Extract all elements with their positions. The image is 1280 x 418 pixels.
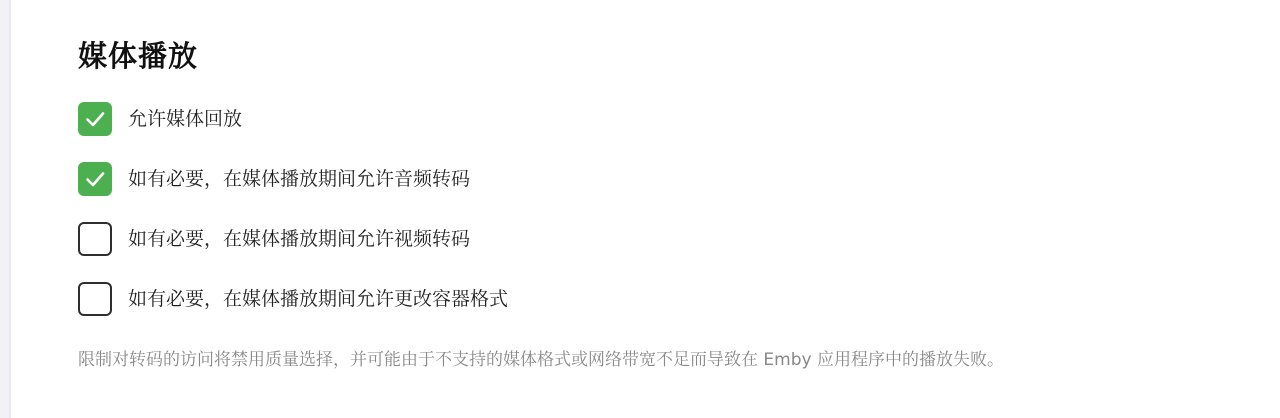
checkbox-label: 允许媒体回放 xyxy=(128,107,242,131)
checkbox-checked[interactable] xyxy=(78,162,112,196)
checkbox-label: 如有必要，在媒体播放期间允许视频转码 xyxy=(128,227,470,251)
section-title: 媒体播放 xyxy=(78,36,1238,76)
checkmark-icon xyxy=(83,167,107,191)
checkbox-unchecked[interactable] xyxy=(78,282,112,316)
checkbox-allow-video-transcoding[interactable]: 如有必要，在媒体播放期间允许视频转码 xyxy=(78,209,1238,269)
media-playback-section: 媒体播放 允许媒体回放 如有必要，在媒体播放期间允许音频转码 xyxy=(78,36,1238,375)
checkmark-icon xyxy=(83,107,107,131)
settings-page: 媒体播放 允许媒体回放 如有必要，在媒体播放期间允许音频转码 xyxy=(0,0,1280,418)
sidebar-edge xyxy=(0,0,11,418)
checkbox-label: 如有必要，在媒体播放期间允许音频转码 xyxy=(128,167,470,191)
checkbox-list: 允许媒体回放 如有必要，在媒体播放期间允许音频转码 如有必要，在媒体播放期间允许… xyxy=(78,89,1238,329)
help-text: 限制对转码的访问将禁用质量选择，并可能由于不支持的媒体格式或网络带宽不足而导致在… xyxy=(78,345,1228,375)
checkbox-unchecked[interactable] xyxy=(78,222,112,256)
checkbox-allow-audio-transcoding[interactable]: 如有必要，在媒体播放期间允许音频转码 xyxy=(78,149,1238,209)
checkbox-allow-media-playback[interactable]: 允许媒体回放 xyxy=(78,89,1238,149)
checkbox-allow-container-change[interactable]: 如有必要，在媒体播放期间允许更改容器格式 xyxy=(78,269,1238,329)
checkbox-label: 如有必要，在媒体播放期间允许更改容器格式 xyxy=(128,287,508,311)
checkbox-checked[interactable] xyxy=(78,102,112,136)
